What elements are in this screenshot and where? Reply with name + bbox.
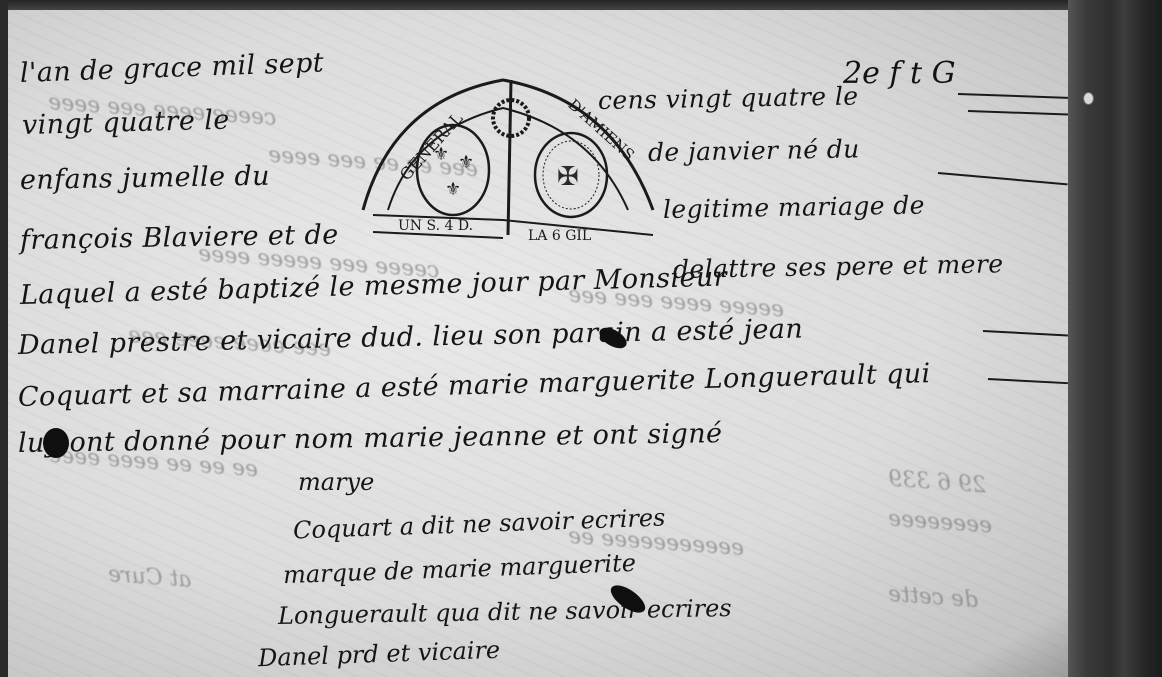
line-filler-rule [958, 93, 1068, 99]
binding-hole [1083, 92, 1094, 105]
svg-text:UN S. 4 D.: UN S. 4 D. [398, 218, 473, 234]
text-line-right-2: de janvier né du [648, 134, 860, 167]
register-page: ceeee eeee eee eeee eee ee ee eee eeee c… [8, 10, 1073, 677]
text-line-6: Danel prestre et vicaire dud. lieu son p… [18, 314, 804, 361]
bleed-through: 29 6 339 [887, 467, 986, 499]
signature-danel: Danel prd et vicaire [258, 636, 501, 672]
text-line-right-3: legitime mariage de [663, 190, 925, 224]
signature-longuerault: Longuerault qua dit ne savoir ecrires [278, 594, 732, 630]
ink-blot [43, 428, 69, 458]
bleed-through: de cette [887, 582, 979, 613]
line-filler-rule [983, 330, 1068, 336]
text-line-8: luy ont donné pour nom marie jeanne et o… [18, 418, 723, 459]
svg-text:LA 6 GIL: LA 6 GIL [528, 228, 591, 244]
svg-text:⚜: ⚜ [445, 179, 461, 200]
folio-mark: 2e f t G [843, 56, 956, 91]
svg-text:⚜: ⚜ [433, 144, 449, 165]
svg-text:✠: ✠ [557, 162, 579, 192]
signature-marque-marie-marguerite: marque de marie marguerite [283, 549, 637, 589]
text-line-4: françois Blaviere et de [20, 219, 339, 256]
svg-text:⚜: ⚜ [458, 152, 474, 173]
signature-marye: marye [298, 468, 374, 496]
bleed-through: eeeeeeee [887, 506, 993, 538]
text-line-right-1: cens vingt quatre le [598, 81, 859, 115]
scan-left-edge [0, 0, 8, 677]
line-filler-rule [988, 378, 1068, 384]
line-filler-rule [968, 110, 1068, 115]
text-line-3: enfans jumelle du [20, 161, 270, 196]
line-filler-rule [938, 172, 1068, 185]
text-line-1: l'an de grace mil sept [19, 47, 324, 89]
bleed-through: at Cure [107, 562, 192, 593]
text-line-2: vingt quatre le [22, 105, 230, 141]
svg-text:GENERAL: GENERAL [396, 109, 467, 185]
text-line-right-4: delattre ses pere et mere [673, 249, 1004, 284]
text-line-7: Coquart et sa marraine a esté marie marg… [18, 358, 931, 413]
book-binding-edge [1068, 0, 1162, 677]
